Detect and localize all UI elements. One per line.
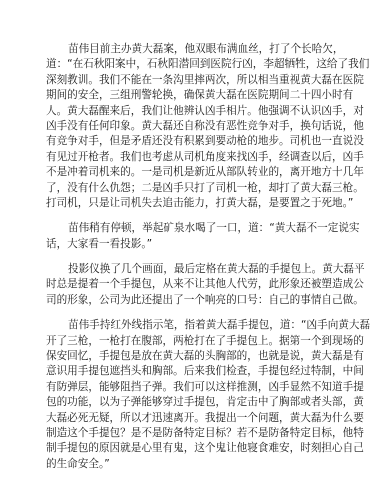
text-line: 时总是提着一个手提包，从来不让其他人代劳，此形象还被塑造成公 bbox=[46, 277, 325, 292]
text-line: 人。黄大磊醒来后，我们让他辨认凶手相片。他强调不认识凶手，对 bbox=[46, 104, 325, 119]
text-line: 有见过开枪者。我们也考虑从司机角度来找凶手，经调查以后，凶手 bbox=[46, 150, 325, 165]
text-line: 有防弹层，能够阻挡子弹。我们可以这样推测，凶手显然不知道手提 bbox=[46, 380, 325, 395]
text-line: 制造这个手提包？是不是防备特定目标？若不是防备特定目标，他特 bbox=[46, 426, 325, 441]
text-line: 打司机，只是让司机失去追击能力，打黄大磊，是要置之于死地。” bbox=[46, 196, 325, 211]
text-line: 的生命安全。” bbox=[46, 457, 325, 472]
text-line: 开了三枪，一枪打在腹部，两枪打在了手提包上。据第一个到现场的 bbox=[46, 334, 325, 349]
paragraph-1: 苗伟目前主办黄大磊案，他双眼布满血丝，打了个长哈欠， 道：“在石秋阳案中，石秋阳… bbox=[46, 42, 325, 211]
text-line: 保安回忆，手提包是放在黄大磊的头胸部的，也就是说，黄大磊是有 bbox=[46, 349, 325, 364]
text-line: 投影仪换了几个画面，最后定格在黄大磊的手提包上。黄大磊平 bbox=[46, 262, 325, 277]
text-line: 期间的安全，三组刑警轮换，确保黄大磊在医院期间二十四小时有 bbox=[46, 88, 325, 103]
text-line: 包的功能，以为子弹能够穿过手提包，肯定击中了胸部或者头部，黄 bbox=[46, 395, 325, 410]
text-line: 苗伟目前主办黄大磊案，他双眼布满血丝，打了个长哈欠， bbox=[46, 42, 325, 57]
text-line: 深刻教训。我们不能在一条沟里摔两次，所以相当重视黄大磊在医院 bbox=[46, 73, 325, 88]
text-line: 司的形象，公司为此还提出了一个响亮的口号：自己的事情自己做。 bbox=[46, 293, 325, 308]
document-page: 苗伟目前主办黄大磊案，他双眼布满血丝，打了个长哈欠， 道：“在石秋阳案中，石秋阳… bbox=[46, 42, 325, 480]
paragraph-3: 投影仪换了几个画面，最后定格在黄大磊的手提包上。黄大磊平 时总是提着一个手提包，… bbox=[46, 262, 325, 308]
text-line: 凶手没有任何印象。黄大磊还自称没有恶性竞争对手，换句话说，他 bbox=[46, 119, 325, 134]
text-line: 话，大家看一看投影。” bbox=[46, 237, 325, 252]
paragraph-4: 苗伟手持红外线指示笔，指着黄大磊手提包，道：“凶手向黄大磊 开了三枪，一枪打在腹… bbox=[46, 318, 325, 472]
text-line: 大磊必死无疑，所以才迅速离开。我提出一个问题，黄大磊为什么要 bbox=[46, 411, 325, 426]
text-line: 有竞争对手，但是矛盾还没有积累到要动枪的地步。司机也一直说没 bbox=[46, 134, 325, 149]
text-line: 不是冲着司机来的。一是司机是新近从部队转业的，离开地方十几年 bbox=[46, 165, 325, 180]
text-line: 道：“在石秋阳案中，石秋阳潜回到医院行凶，李超牺牲，这给了我们 bbox=[46, 57, 325, 72]
text-line: 意识用手提包遮挡头和胸部。后来我们检查，手提包经过特制，中间 bbox=[46, 364, 325, 379]
text-line: 制手提包的原因就是心里有鬼，这个鬼让他寝食难安，时刻担心自己 bbox=[46, 441, 325, 456]
text-line: 苗伟手持红外线指示笔，指着黄大磊手提包，道：“凶手向黄大磊 bbox=[46, 318, 325, 333]
paragraph-2: 苗伟稍有停顿，举起矿泉水喝了一口，道：“黄大磊不一定说实 话，大家看一看投影。” bbox=[46, 221, 325, 252]
text-line: 了，没有什么仇怨；二是凶手只打了司机一枪，却打了黄大磊三枪。 bbox=[46, 181, 325, 196]
text-line: 苗伟稍有停顿，举起矿泉水喝了一口，道：“黄大磊不一定说实 bbox=[46, 221, 325, 236]
